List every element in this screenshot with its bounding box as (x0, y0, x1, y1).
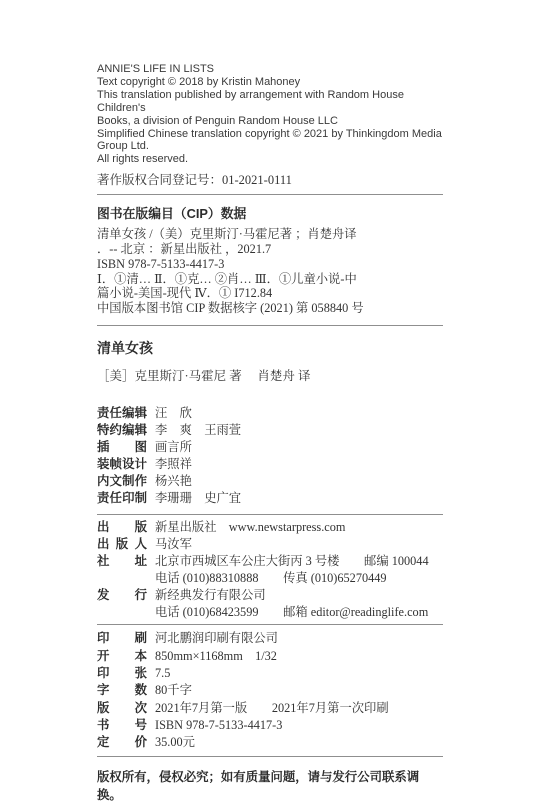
credit-value: 李 爽 王雨萱 (155, 422, 443, 439)
divider (97, 756, 443, 757)
credits-row: 内文制作 杨兴艳 (97, 473, 443, 490)
credit-label: 特约编辑 (97, 422, 147, 439)
printing-value: 河北鹏润印刷有限公司 (155, 630, 443, 647)
printing-label: 开本 (97, 648, 147, 665)
english-copyright-block: ANNIE'S LIFE IN LISTS Text copyright © 2… (97, 63, 443, 166)
printing-row: 印刷 河北鹏润印刷有限公司 (97, 630, 443, 647)
printing-label: 书号 (97, 717, 147, 734)
book-title: 清单女孩 (97, 338, 443, 358)
publishing-value: 电话 (010)88310888 传真 (010)65270449 (155, 570, 443, 587)
printing-row: 定价 35.00元 (97, 734, 443, 751)
publishing-label: 发行 (97, 587, 147, 604)
printing-label: 印刷 (97, 630, 147, 647)
credits-row: 责任印制 李珊珊 史广宜 (97, 490, 443, 507)
credits-row: 装帧设计 李照祥 (97, 456, 443, 473)
credit-value: 李珊珊 史广宜 (155, 490, 443, 507)
publishing-row: 发行 新经典发行有限公司 (97, 587, 443, 604)
english-copyright-line: Text copyright © 2018 by Kristin Mahoney (97, 76, 443, 89)
printing-value: 35.00元 (155, 734, 443, 751)
divider (97, 514, 443, 515)
divider (97, 325, 443, 326)
publishing-block: 出版 新星出版社 www.newstarpress.com 出版人 马汝军 社址… (97, 519, 443, 620)
credit-label: 责任印制 (97, 490, 147, 507)
publishing-value: 北京市西城区车公庄大街丙 3 号楼 邮编 100044 (155, 553, 443, 570)
credits-row: 责任编辑 汪 欣 (97, 405, 443, 422)
printing-value: 2021年7月第一版 2021年7月第一次印刷 (155, 700, 443, 717)
printing-row: 字数 80千字 (97, 682, 443, 699)
credit-label: 内文制作 (97, 473, 147, 490)
printing-value: 7.5 (155, 665, 443, 682)
cip-data-block: 清单女孩 /（美）克里斯汀·马霍尼著 ；肖楚舟译 ．-- 北京 ：新星出版社 ，… (97, 227, 443, 316)
credits-block: 责任编辑 汪 欣 特约编辑 李 爽 王雨萱 插图 画言所 装帧设计 李照祥 内文… (97, 405, 443, 507)
credit-value: 李照祥 (155, 456, 443, 473)
credit-label: 插图 (97, 439, 147, 456)
divider (97, 624, 443, 625)
printing-value: 850mm×1168mm 1/32 (155, 648, 443, 665)
printing-row: 印张 7.5 (97, 665, 443, 682)
credit-value: 杨兴艳 (155, 473, 443, 490)
copyright-registration-number: 著作版权合同登记号：01-2021-0111 (97, 170, 443, 188)
publishing-label: 社址 (97, 553, 147, 570)
english-copyright-line: This translation published by arrangemen… (97, 89, 443, 115)
rights-notice: 版权所有，侵权必究；如有质量问题，请与发行公司联系调换。 (97, 767, 443, 803)
credits-row: 特约编辑 李 爽 王雨萱 (97, 422, 443, 439)
credit-label: 装帧设计 (97, 456, 147, 473)
credit-value: 画言所 (155, 439, 443, 456)
printing-row: 书号 ISBN 978-7-5133-4417-3 (97, 717, 443, 734)
cip-line: ．-- 北京 ：新星出版社 ，2021.7 (97, 242, 443, 257)
credits-row: 插图 画言所 (97, 439, 443, 456)
publishing-label: 出版人 (97, 536, 147, 553)
printing-row: 开本 850mm×1168mm 1/32 (97, 648, 443, 665)
printing-label: 定价 (97, 734, 147, 751)
credit-value: 汪 欣 (155, 405, 443, 422)
publishing-value: 新星出版社 www.newstarpress.com (155, 519, 443, 536)
credit-label: 责任编辑 (97, 405, 147, 422)
printing-row: 版次 2021年7月第一版 2021年7月第一次印刷 (97, 700, 443, 717)
cip-line: 中国版本图书馆 CIP 数据核字 (2021) 第 058840 号 (97, 301, 443, 316)
cip-line: 清单女孩 /（美）克里斯汀·马霍尼著 ；肖楚舟译 (97, 227, 443, 242)
english-copyright-line: Books, a division of Penguin Random Hous… (97, 115, 443, 128)
copyright-page: ANNIE'S LIFE IN LISTS Text copyright © 2… (0, 0, 552, 800)
publishing-row: 社址 北京市西城区车公庄大街丙 3 号楼 邮编 100044 (97, 553, 443, 570)
publishing-label (97, 570, 147, 587)
publishing-label: 出版 (97, 519, 147, 536)
publishing-value: 电话 (010)68423599 邮箱 editor@readinglife.c… (155, 604, 443, 621)
english-copyright-line: Group Ltd. (97, 140, 443, 153)
english-copyright-line: All rights reserved. (97, 153, 443, 166)
publishing-row: 电话 (010)68423599 邮箱 editor@readinglife.c… (97, 604, 443, 621)
publishing-label (97, 604, 147, 621)
cip-heading: 图书在版编目（CIP）数据 (97, 203, 443, 222)
cip-line: 篇小说-美国-现代 Ⅳ．① I712.84 (97, 286, 443, 301)
cip-line: ISBN 978-7-5133-4417-3 (97, 257, 443, 272)
publishing-row: 电话 (010)88310888 传真 (010)65270449 (97, 570, 443, 587)
printing-label: 版次 (97, 700, 147, 717)
cip-line: Ⅰ．①清… Ⅱ．①克… ②肖… Ⅲ．①儿童小说-中 (97, 272, 443, 287)
author-translator-byline: ［美］克里斯汀·马霍尼 著 肖楚舟 译 (97, 366, 443, 384)
printing-label: 字数 (97, 682, 147, 699)
english-copyright-line: Simplified Chinese translation copyright… (97, 128, 443, 141)
printing-block: 印刷 河北鹏润印刷有限公司 开本 850mm×1168mm 1/32 印张 7.… (97, 630, 443, 751)
publishing-value: 新经典发行有限公司 (155, 587, 443, 604)
divider (97, 194, 443, 195)
publishing-row: 出版人 马汝军 (97, 536, 443, 553)
publishing-value: 马汝军 (155, 536, 443, 553)
printing-label: 印张 (97, 665, 147, 682)
publishing-row: 出版 新星出版社 www.newstarpress.com (97, 519, 443, 536)
printing-value: ISBN 978-7-5133-4417-3 (155, 717, 443, 734)
english-copyright-line: ANNIE'S LIFE IN LISTS (97, 63, 443, 76)
content-column: ANNIE'S LIFE IN LISTS Text copyright © 2… (97, 63, 443, 803)
printing-value: 80千字 (155, 682, 443, 699)
